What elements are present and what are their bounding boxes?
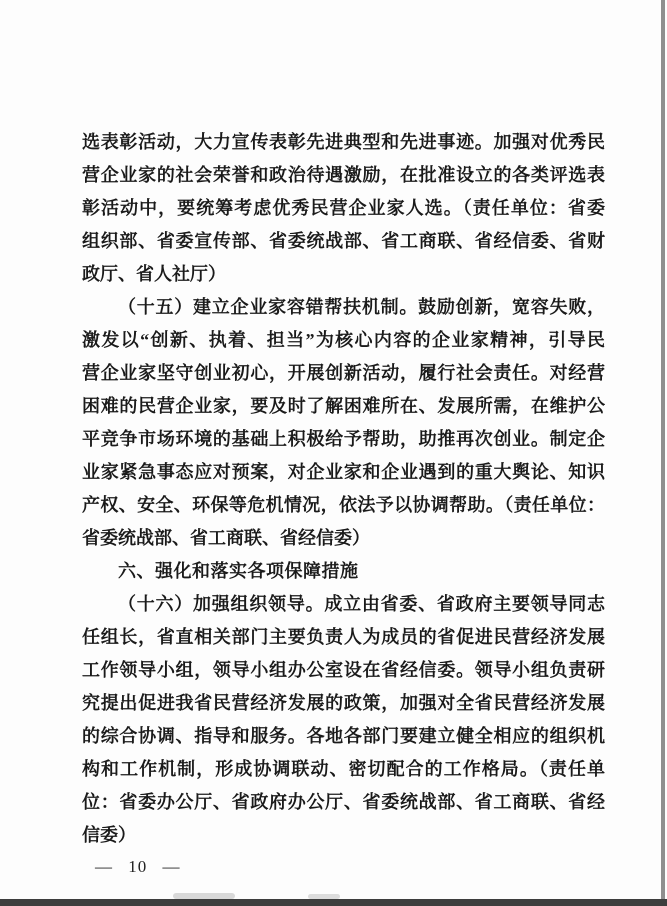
text-line: 营企业家的社会荣誉和政治待遇激励，在批准设立的各类评选表	[82, 159, 605, 192]
text-line: 信委）	[82, 819, 605, 852]
text-line: 的综合协调、指导和服务。各地各部门要建立健全相应的组织机	[82, 720, 605, 753]
text-line: 位：省委办公厅、省政府办公厅、省委统战部、省工商联、省经	[82, 786, 605, 819]
text-line: 组织部、省委宣传部、省委统战部、省工商联、省经信委、省财	[82, 225, 605, 258]
scan-edge-line	[661, 0, 665, 906]
text-line: 工作领导小组，领导小组办公室设在省经信委。领导小组负责研	[82, 654, 605, 687]
text-line: 省委统战部、省工商联、省经信委）	[82, 522, 605, 555]
text-line: （十五）建立企业家容错帮扶机制。鼓励创新，宽容失败，	[82, 291, 605, 324]
text-line: 选表彰活动，大力宣传表彰先进典型和先进事迹。加强对优秀民	[82, 126, 605, 159]
text-line: 平竞争市场环境的基础上积极给予帮助，助推再次创业。制定企	[82, 423, 605, 456]
document-page: 选表彰活动，大力宣传表彰先进典型和先进事迹。加强对优秀民 营企业家的社会荣誉和政…	[0, 0, 667, 906]
scan-edge-bar	[0, 899, 667, 906]
section-heading: 六、强化和落实各项保障措施	[82, 555, 605, 588]
text-line: 任组长，省直相关部门主要负责人为成员的省促进民营经济发展	[82, 621, 605, 654]
text-line: 激发以“创新、执着、担当”为核心内容的企业家精神，引导民	[82, 324, 605, 357]
text-line: 构和工作机制，形成协调联动、密切配合的工作格局。（责任单	[82, 753, 605, 786]
text-line: 业家紧急事态应对预案，对企业家和企业遇到的重大舆论、知识	[82, 456, 605, 489]
text-line: 政厅、省人社厅）	[82, 258, 605, 291]
page-number: — 10 —	[95, 857, 181, 877]
document-text-block: 选表彰活动，大力宣传表彰先进典型和先进事迹。加强对优秀民 营企业家的社会荣誉和政…	[82, 126, 605, 852]
text-line: 产权、安全、环保等危机情况，依法予以协调帮助。（责任单位：	[82, 489, 605, 522]
text-line: 究提出促进我省民营经济发展的政策，加强对全省民营经济发展	[82, 687, 605, 720]
text-line: 彰活动中，要统筹考虑优秀民营企业家人选。（责任单位：省委	[82, 192, 605, 225]
text-line: （十六）加强组织领导。成立由省委、省政府主要领导同志	[82, 588, 605, 621]
text-line: 营企业家坚守创业初心，开展创新活动，履行社会责任。对经营	[82, 357, 605, 390]
text-line: 困难的民营企业家，要及时了解困难所在、发展所需，在维护公	[82, 390, 605, 423]
